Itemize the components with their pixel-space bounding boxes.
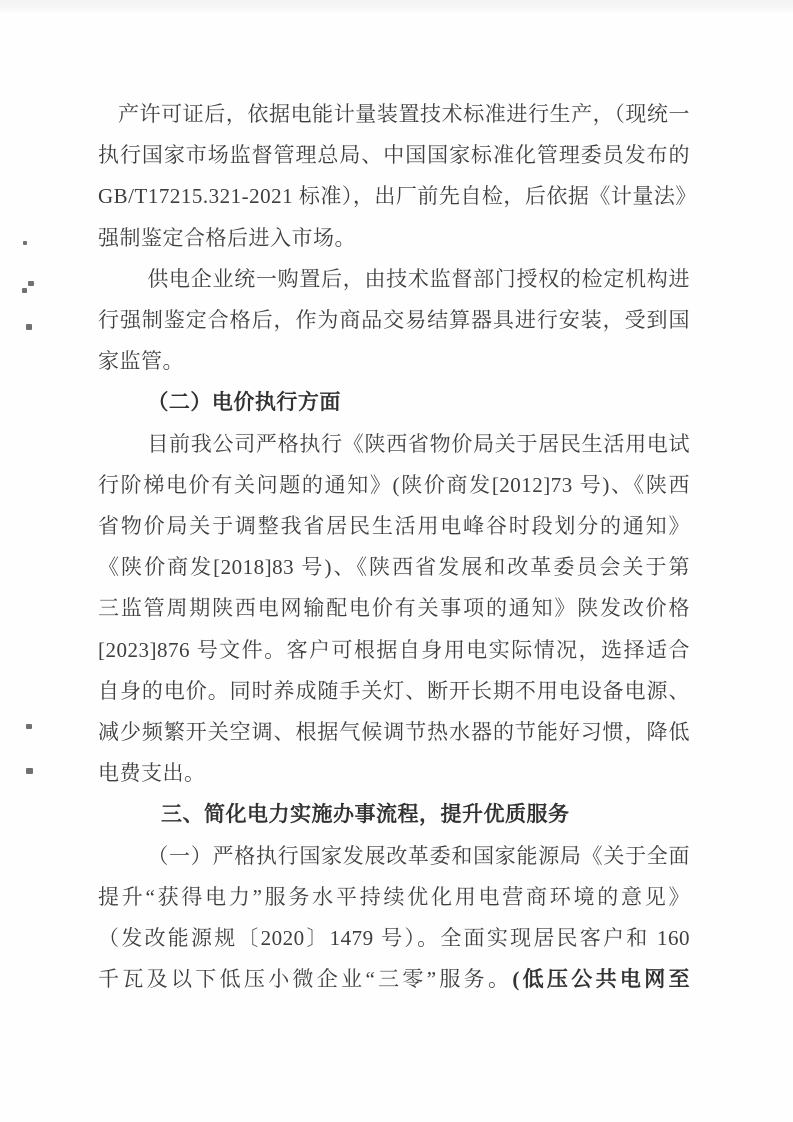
text-line: 减少频繁开关空调、根据气候调节热水器的节能好习惯，降低: [98, 712, 690, 753]
text-line: 三监管周期陕西电网输配电价有关事项的通知》陕发改价格: [98, 588, 690, 629]
text-line: 强制鉴定合格后进入市场。: [98, 218, 690, 259]
scan-speck-artifact: [26, 324, 32, 330]
text-line: 千瓦及以下低压小微企业“三零”服务。(低压公共电网至: [98, 959, 690, 1000]
text-segment-bold: （二）电价执行方面: [147, 390, 341, 414]
text-segment: 供电企业统一购置后，由技术监督部门授权的检定机构进: [147, 267, 690, 291]
text-segment: （一）严格执行国家发展改革委和国家能源局《关于全面: [147, 844, 690, 868]
scan-speck-artifact: [23, 241, 27, 245]
text-segment: 家监管。: [98, 349, 184, 373]
text-segment: 减少频繁开关空调、根据气候调节热水器的节能好习惯，降低: [98, 720, 690, 744]
text-segment: 自身的电价。同时养成随手关灯、断开长期不用电设备电源、: [98, 679, 690, 703]
text-line: GB/T17215.321-2021 标准），出厂前先自检，后依据《计量法》: [98, 176, 690, 217]
text-line: （二）电价执行方面: [98, 382, 690, 423]
text-line: 供电企业统一购置后，由技术监督部门授权的检定机构进: [98, 259, 690, 300]
text-segment: 《陕价商发[2018]83 号)、《陕西省发展和改革委员会关于第: [98, 555, 690, 579]
text-line: （一）严格执行国家发展改革委和国家能源局《关于全面: [98, 836, 690, 877]
text-segment: （发改能源规〔2020〕1479 号）。全面实现居民客户和 160: [98, 926, 690, 950]
text-line: 执行国家市场监督管理总局、中国国家标准化管理委员发布的: [98, 135, 690, 176]
text-segment: 强制鉴定合格后进入市场。: [98, 226, 356, 250]
scan-speck-artifact: [26, 768, 33, 774]
text-line: 目前我公司严格执行《陕西省物价局关于居民生活用电试: [98, 424, 690, 465]
text-segment: 执行国家市场监督管理总局、中国国家标准化管理委员发布的: [98, 143, 690, 167]
text-segment: 提升“获得电力”服务水平持续优化用电营商环境的意见》: [98, 885, 690, 909]
text-segment: [2023]876 号文件。客户可根据自身用电实际情况，选择适合: [98, 638, 690, 662]
scan-speck-artifact: [28, 281, 34, 286]
text-segment: 三监管周期陕西电网输配电价有关事项的通知》陕发改价格: [98, 596, 690, 620]
scan-speck-artifact: [22, 288, 27, 293]
text-segment: 省物价局关于调整我省居民生活用电峰谷时段划分的通知》: [98, 514, 690, 538]
text-line: 电费支出。: [98, 753, 690, 794]
document-page: 产许可证后，依据电能计量装置技术标准进行生产，（现统一执行国家市场监督管理总局、…: [0, 0, 793, 1122]
text-line: 提升“获得电力”服务水平持续优化用电营商环境的意见》: [98, 877, 690, 918]
text-segment-bold: 三、简化电力实施办事流程，提升优质服务: [161, 802, 570, 826]
text-segment: 目前我公司严格执行《陕西省物价局关于居民生活用电试: [147, 432, 690, 456]
text-segment-bold: (低压公共电网至: [512, 967, 690, 991]
text-segment: 行阶梯电价有关问题的通知》(陕价商发[2012]73 号)、《陕西: [98, 473, 690, 497]
text-segment: 产许可证后，依据电能计量装置技术标准进行生产，（现统一: [118, 102, 690, 126]
scan-edge-artifact: [0, 0, 793, 13]
text-line: 自身的电价。同时养成随手关灯、断开长期不用电设备电源、: [98, 671, 690, 712]
text-line: 三、简化电力实施办事流程，提升优质服务: [98, 794, 690, 835]
text-line: 《陕价商发[2018]83 号)、《陕西省发展和改革委员会关于第: [98, 547, 690, 588]
text-line: 家监管。: [98, 341, 690, 382]
text-line: 产许可证后，依据电能计量装置技术标准进行生产，（现统一: [98, 94, 690, 135]
text-line: [2023]876 号文件。客户可根据自身用电实际情况，选择适合: [98, 630, 690, 671]
text-line: （发改能源规〔2020〕1479 号）。全面实现居民客户和 160: [98, 918, 690, 959]
text-segment: GB/T17215.321-2021 标准），出厂前先自检，后依据《计量法》: [98, 184, 697, 208]
text-line: 行阶梯电价有关问题的通知》(陕价商发[2012]73 号)、《陕西: [98, 465, 690, 506]
text-segment: 行强制鉴定合格后，作为商品交易结算器具进行安装，受到国: [98, 308, 690, 332]
document-text-column: 产许可证后，依据电能计量装置技术标准进行生产，（现统一执行国家市场监督管理总局、…: [98, 94, 690, 1000]
text-segment: 千瓦及以下低压小微企业“三零”服务。: [98, 967, 512, 991]
text-line: 省物价局关于调整我省居民生活用电峰谷时段划分的通知》: [98, 506, 690, 547]
scan-speck-artifact: [26, 724, 32, 729]
text-line: 行强制鉴定合格后，作为商品交易结算器具进行安装，受到国: [98, 300, 690, 341]
text-segment: 电费支出。: [98, 761, 206, 785]
